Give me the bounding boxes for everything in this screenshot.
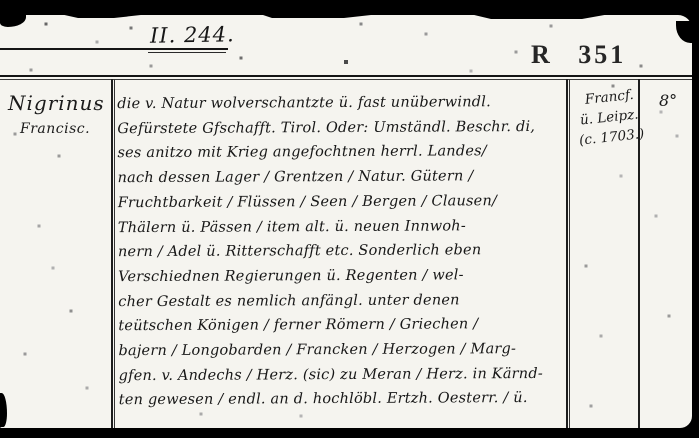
- description-line: gfen. v. Andechs / Herz. (sic) zu Meran …: [119, 362, 563, 389]
- torn-edge-top-2: [260, 14, 380, 18]
- section-label: II. 244.: [150, 22, 235, 47]
- description-line: Verschiednen Regierungen ü. Regenten / w…: [118, 263, 562, 290]
- divider-line: [114, 79, 115, 428]
- description-line: ses anitzo mit Krieg angefochtnen herrl.…: [117, 139, 561, 166]
- author-cell: Nigrinus Francisc.: [8, 91, 108, 137]
- table-top-rule: [0, 75, 692, 80]
- author-surname: Nigrinus: [8, 91, 108, 115]
- divider-line: [111, 79, 113, 428]
- divider-line: [566, 79, 568, 428]
- section-underline-double: [148, 52, 226, 53]
- divider-line: [569, 79, 570, 428]
- description-line: ten gewesen / endl. an d. hochlöbl. Ertz…: [119, 386, 563, 413]
- imprint-cell: Francf. ü. Leipz. (c. 1703.): [574, 85, 642, 151]
- ink-blot-bottom-left: [0, 393, 7, 427]
- description-line: Thälern ü. Pässen / item alt. ü. neuen I…: [118, 213, 562, 240]
- format-cell: 8°: [659, 91, 677, 110]
- section-underline: [0, 48, 228, 50]
- title-description-cell: die v. Natur wolverschantzte ü. fast unü…: [117, 90, 563, 413]
- torn-edge-top-3: [470, 14, 610, 19]
- torn-edge-top-1: [60, 14, 150, 18]
- torn-edge-top-left: [0, 13, 26, 27]
- description-line: bajern / Longobarden / Francken / Herzog…: [118, 337, 562, 364]
- torn-edge-top-right: [676, 21, 694, 43]
- description-line: nern / Adel ü. Ritterschafft etc. Sonder…: [118, 238, 562, 265]
- shelfmark-stamp: R 351: [531, 40, 626, 70]
- description-line: die v. Natur wolverschantzte ü. fast unü…: [117, 90, 561, 117]
- description-line: cher Gestalt es nemlich anfängl. unter d…: [118, 287, 562, 314]
- description-line: nach dessen Lager / Grentzen / Natur. Gü…: [118, 164, 562, 191]
- author-forename: Francisc.: [20, 121, 108, 137]
- description-line: teütschen Königen / ferner Römern / Grie…: [118, 312, 562, 339]
- description-line: Fruchtbarkeit / Flüssen / Seen / Bergen …: [118, 189, 562, 216]
- catalog-card: II. 244. R 351 Nigrinus Francisc. die v.…: [0, 15, 692, 428]
- description-line: Gefürstete Gfschafft. Tirol. Oder: Umstä…: [117, 115, 561, 142]
